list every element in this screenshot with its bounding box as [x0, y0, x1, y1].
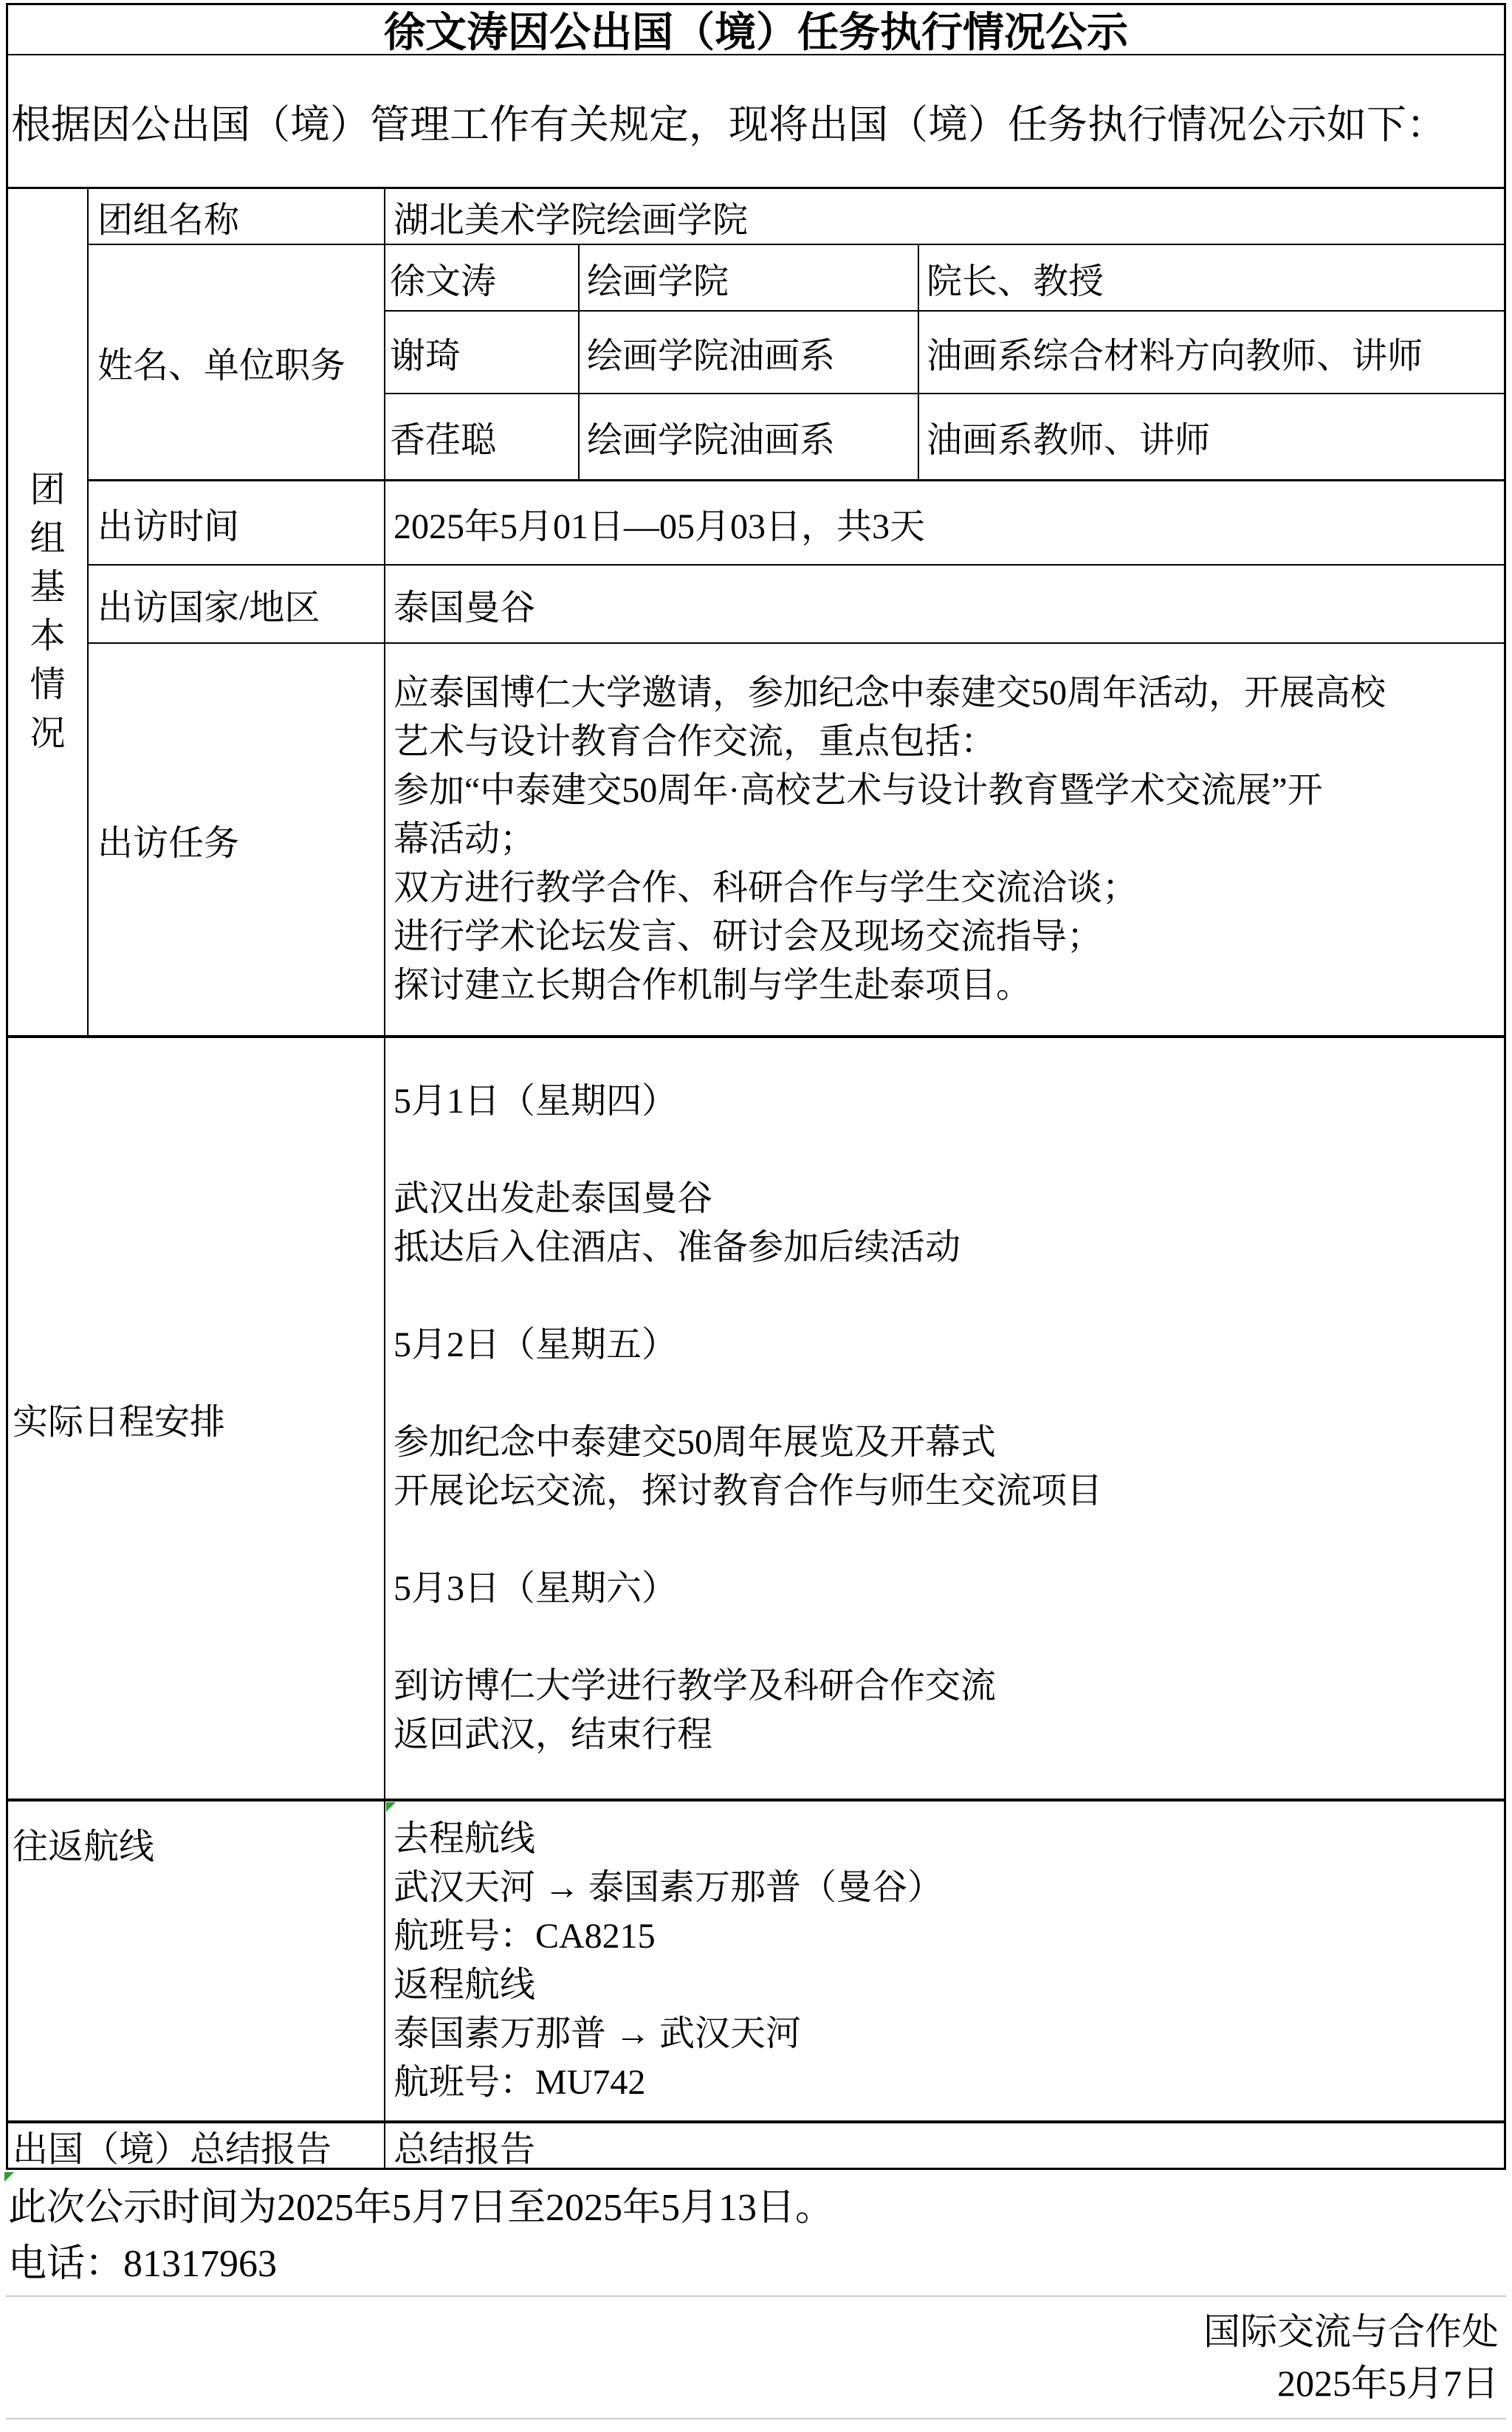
- notice-table: 徐文涛因公出国（境）任务执行情况公示 根据因公出国（境）管理工作有关规定，现将出…: [6, 3, 1506, 2170]
- member-row: 香荏聪 绘画学院油画系 油画系教师、讲师: [385, 393, 1504, 479]
- group-name-row: 团组名称 湖北美术学院绘画学院: [89, 189, 1504, 244]
- members-section: 姓名、单位职务 徐文涛 绘画学院 院长、教授 谢琦 绘画学院油画系 油画系综合材…: [89, 244, 1504, 479]
- destination-label: 出访国家/地区: [89, 566, 385, 642]
- member-title: 油画系综合材料方向教师、讲师: [919, 312, 1504, 392]
- member-row: 谢琦 绘画学院油画系 油画系综合材料方向教师、讲师: [385, 310, 1504, 392]
- member-row: 徐文涛 绘画学院 院长、教授: [385, 245, 1504, 310]
- group-basic-info-section: 团组基本情况 团组名称 湖北美术学院绘画学院 姓名、单位职务 徐文涛 绘画学院 …: [8, 189, 1504, 1035]
- side-header-label: 团组基本情况: [30, 466, 66, 758]
- report-row: 出国（境）总结报告 总结报告: [8, 2120, 1504, 2168]
- document-page: 徐文涛因公出国（境）任务执行情况公示 根据因公出国（境）管理工作有关规定，现将出…: [6, 3, 1506, 2419]
- page-title: 徐文涛因公出国（境）任务执行情况公示: [8, 5, 1504, 55]
- side-header-cell: 团组基本情况: [8, 189, 89, 1035]
- mission-text: 应泰国博仁大学邀请，参加纪念中泰建交50周年活动，开展高校 艺术与设计教育合作交…: [385, 644, 1504, 1035]
- mission-row: 出访任务 应泰国博仁大学邀请，参加纪念中泰建交50周年活动，开展高校 艺术与设计…: [89, 642, 1504, 1035]
- signature-block: 国际交流与合作处 2025年5月7日: [6, 2295, 1506, 2419]
- group-name-value: 湖北美术学院绘画学院: [385, 189, 1504, 244]
- notice-document: { "colors": { "green": "#2f9e2f", "hairl…: [0, 0, 1512, 2432]
- route-label: 往返航线: [8, 1801, 385, 2120]
- visit-time-row: 出访时间 2025年5月01日—05月03日，共3天: [89, 479, 1504, 564]
- signature-date: 2025年5月7日: [6, 2357, 1499, 2409]
- schedule-text: 5月1日（星期四） 武汉出发赴泰国曼谷 抵达后入住酒店、准备参加后续活动 5月2…: [385, 1038, 1504, 1799]
- footer-notes: 此次公示时间为2025年5月7日至2025年5月13日。 电话：81317963: [6, 2170, 1506, 2295]
- cell-flag-indicator: [386, 1802, 396, 1812]
- schedule-label: 实际日程安排: [8, 1038, 385, 1799]
- member-name: 香荏聪: [385, 394, 580, 479]
- member-title: 油画系教师、讲师: [919, 394, 1504, 479]
- visit-time-value: 2025年5月01日—05月03日，共3天: [385, 481, 1504, 564]
- group-name-label: 团组名称: [89, 189, 385, 244]
- route-lines: 去程航线 武汉天河 → 泰国素万那普（曼谷） 航班号：CA8215 返程航线 泰…: [394, 1815, 943, 2107]
- phone-text: 电话：81317963: [8, 2236, 1506, 2292]
- destination-row: 出访国家/地区 泰国曼谷: [89, 564, 1504, 642]
- visit-time-label: 出访时间: [89, 481, 385, 564]
- route-text: 去程航线 武汉天河 → 泰国素万那普（曼谷） 航班号：CA8215 返程航线 泰…: [385, 1801, 1504, 2120]
- route-row: 往返航线 去程航线 武汉天河 → 泰国素万那普（曼谷） 航班号：CA8215 返…: [8, 1799, 1504, 2120]
- report-label: 出国（境）总结报告: [8, 2123, 385, 2168]
- members-label: 姓名、单位职务: [89, 245, 385, 479]
- member-name: 谢琦: [385, 312, 580, 392]
- destination-value: 泰国曼谷: [385, 566, 1504, 642]
- member-title: 院长、教授: [919, 245, 1504, 310]
- member-name: 徐文涛: [385, 245, 580, 310]
- signature-department: 国际交流与合作处: [6, 2306, 1499, 2357]
- report-value: 总结报告: [385, 2123, 1504, 2168]
- publicity-period-text: 此次公示时间为2025年5月7日至2025年5月13日。: [8, 2180, 1506, 2236]
- member-unit: 绘画学院油画系: [580, 312, 919, 392]
- schedule-row: 实际日程安排 5月1日（星期四） 武汉出发赴泰国曼谷 抵达后入住酒店、准备参加后…: [8, 1035, 1504, 1799]
- intro-text: 根据因公出国（境）管理工作有关规定，现将出国（境）任务执行情况公示如下：: [8, 55, 1504, 189]
- member-unit: 绘画学院油画系: [580, 394, 919, 479]
- mission-label: 出访任务: [89, 644, 385, 1035]
- member-unit: 绘画学院: [580, 245, 919, 310]
